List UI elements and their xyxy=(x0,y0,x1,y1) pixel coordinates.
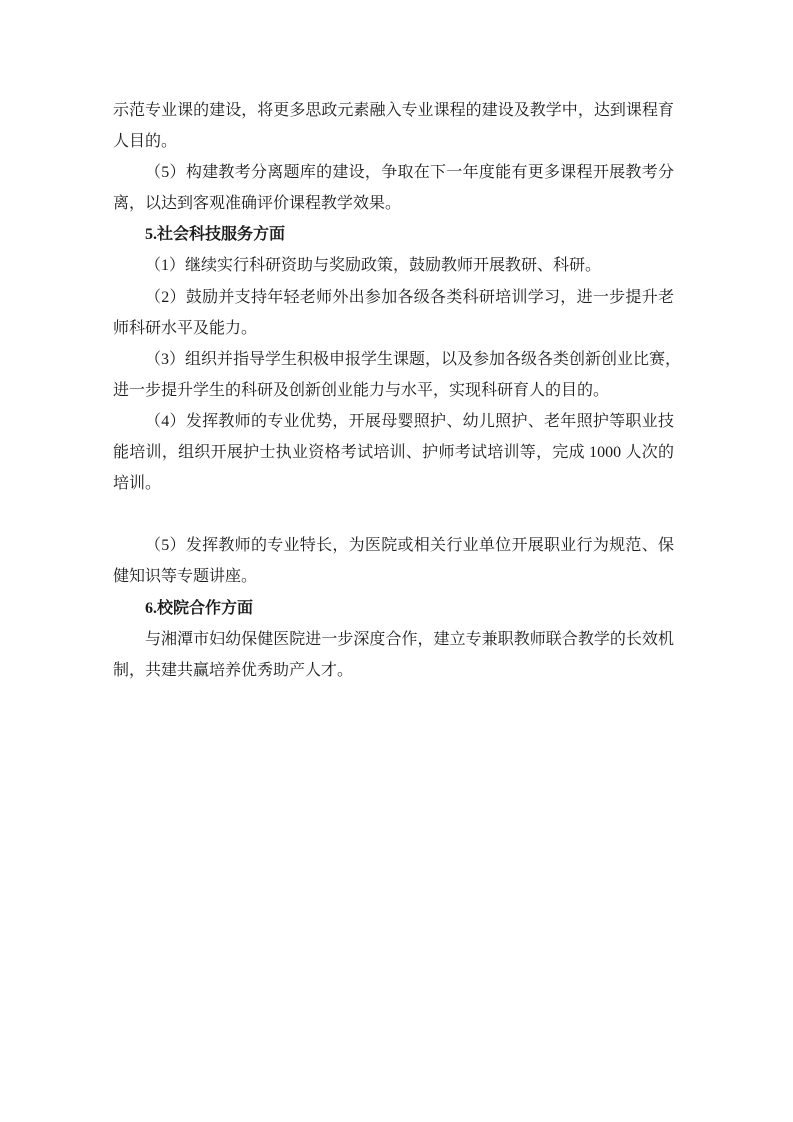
body-text-line: 人目的。 xyxy=(113,126,674,157)
body-text-line: 制，共建共赢培养优秀助产人才。 xyxy=(113,655,674,686)
body-text-line: （1）继续实行科研资助与奖励政策，鼓励教师开展教研、科研。 xyxy=(113,250,674,281)
body-text-line: 示范专业课的建设，将更多思政元素融入专业课程的建设及教学中，达到课程育 xyxy=(113,95,674,126)
heading-section-6: 6.校院合作方面 xyxy=(113,593,674,624)
body-text-line: （3）组织并指导学生积极申报学生课题，以及参加各级各类创新创业比赛， xyxy=(113,344,674,375)
blank-line xyxy=(113,499,674,530)
body-text-line: （4）发挥教师的专业优势，开展母婴照护、幼儿照护、老年照护等职业技 xyxy=(113,406,674,437)
body-text-line: 与湘潭市妇幼保健医院进一步深度合作，建立专兼职教师联合教学的长效机 xyxy=(113,624,674,655)
body-text-line: （5）发挥教师的专业特长，为医院或相关行业单位开展职业行为规范、保 xyxy=(113,530,674,561)
body-text-line: （5）构建教考分离题库的建设，争取在下一年度能有更多课程开展教考分 xyxy=(113,157,674,188)
body-text-line: 师科研水平及能力。 xyxy=(113,313,674,344)
body-text-line: 健知识等专题讲座。 xyxy=(113,561,674,592)
document-content: 示范专业课的建设，将更多思政元素融入专业课程的建设及教学中，达到课程育 人目的。… xyxy=(113,95,674,686)
body-text-line: 能培训，组织开展护士执业资格考试培训、护师考试培训等，完成 1000 人次的 xyxy=(113,437,674,468)
heading-section-5: 5.社会科技服务方面 xyxy=(113,219,674,250)
body-text-line: 离，以达到客观准确评价课程教学效果。 xyxy=(113,188,674,219)
body-text-line: 培训。 xyxy=(113,468,674,499)
body-text-line: 进一步提升学生的科研及创新创业能力与水平，实现科研育人的目的。 xyxy=(113,375,674,406)
body-text-line: （2）鼓励并支持年轻老师外出参加各级各类科研培训学习，进一步提升老 xyxy=(113,282,674,313)
document-page: 示范专业课的建设，将更多思政元素融入专业课程的建设及教学中，达到课程育 人目的。… xyxy=(0,0,793,1122)
